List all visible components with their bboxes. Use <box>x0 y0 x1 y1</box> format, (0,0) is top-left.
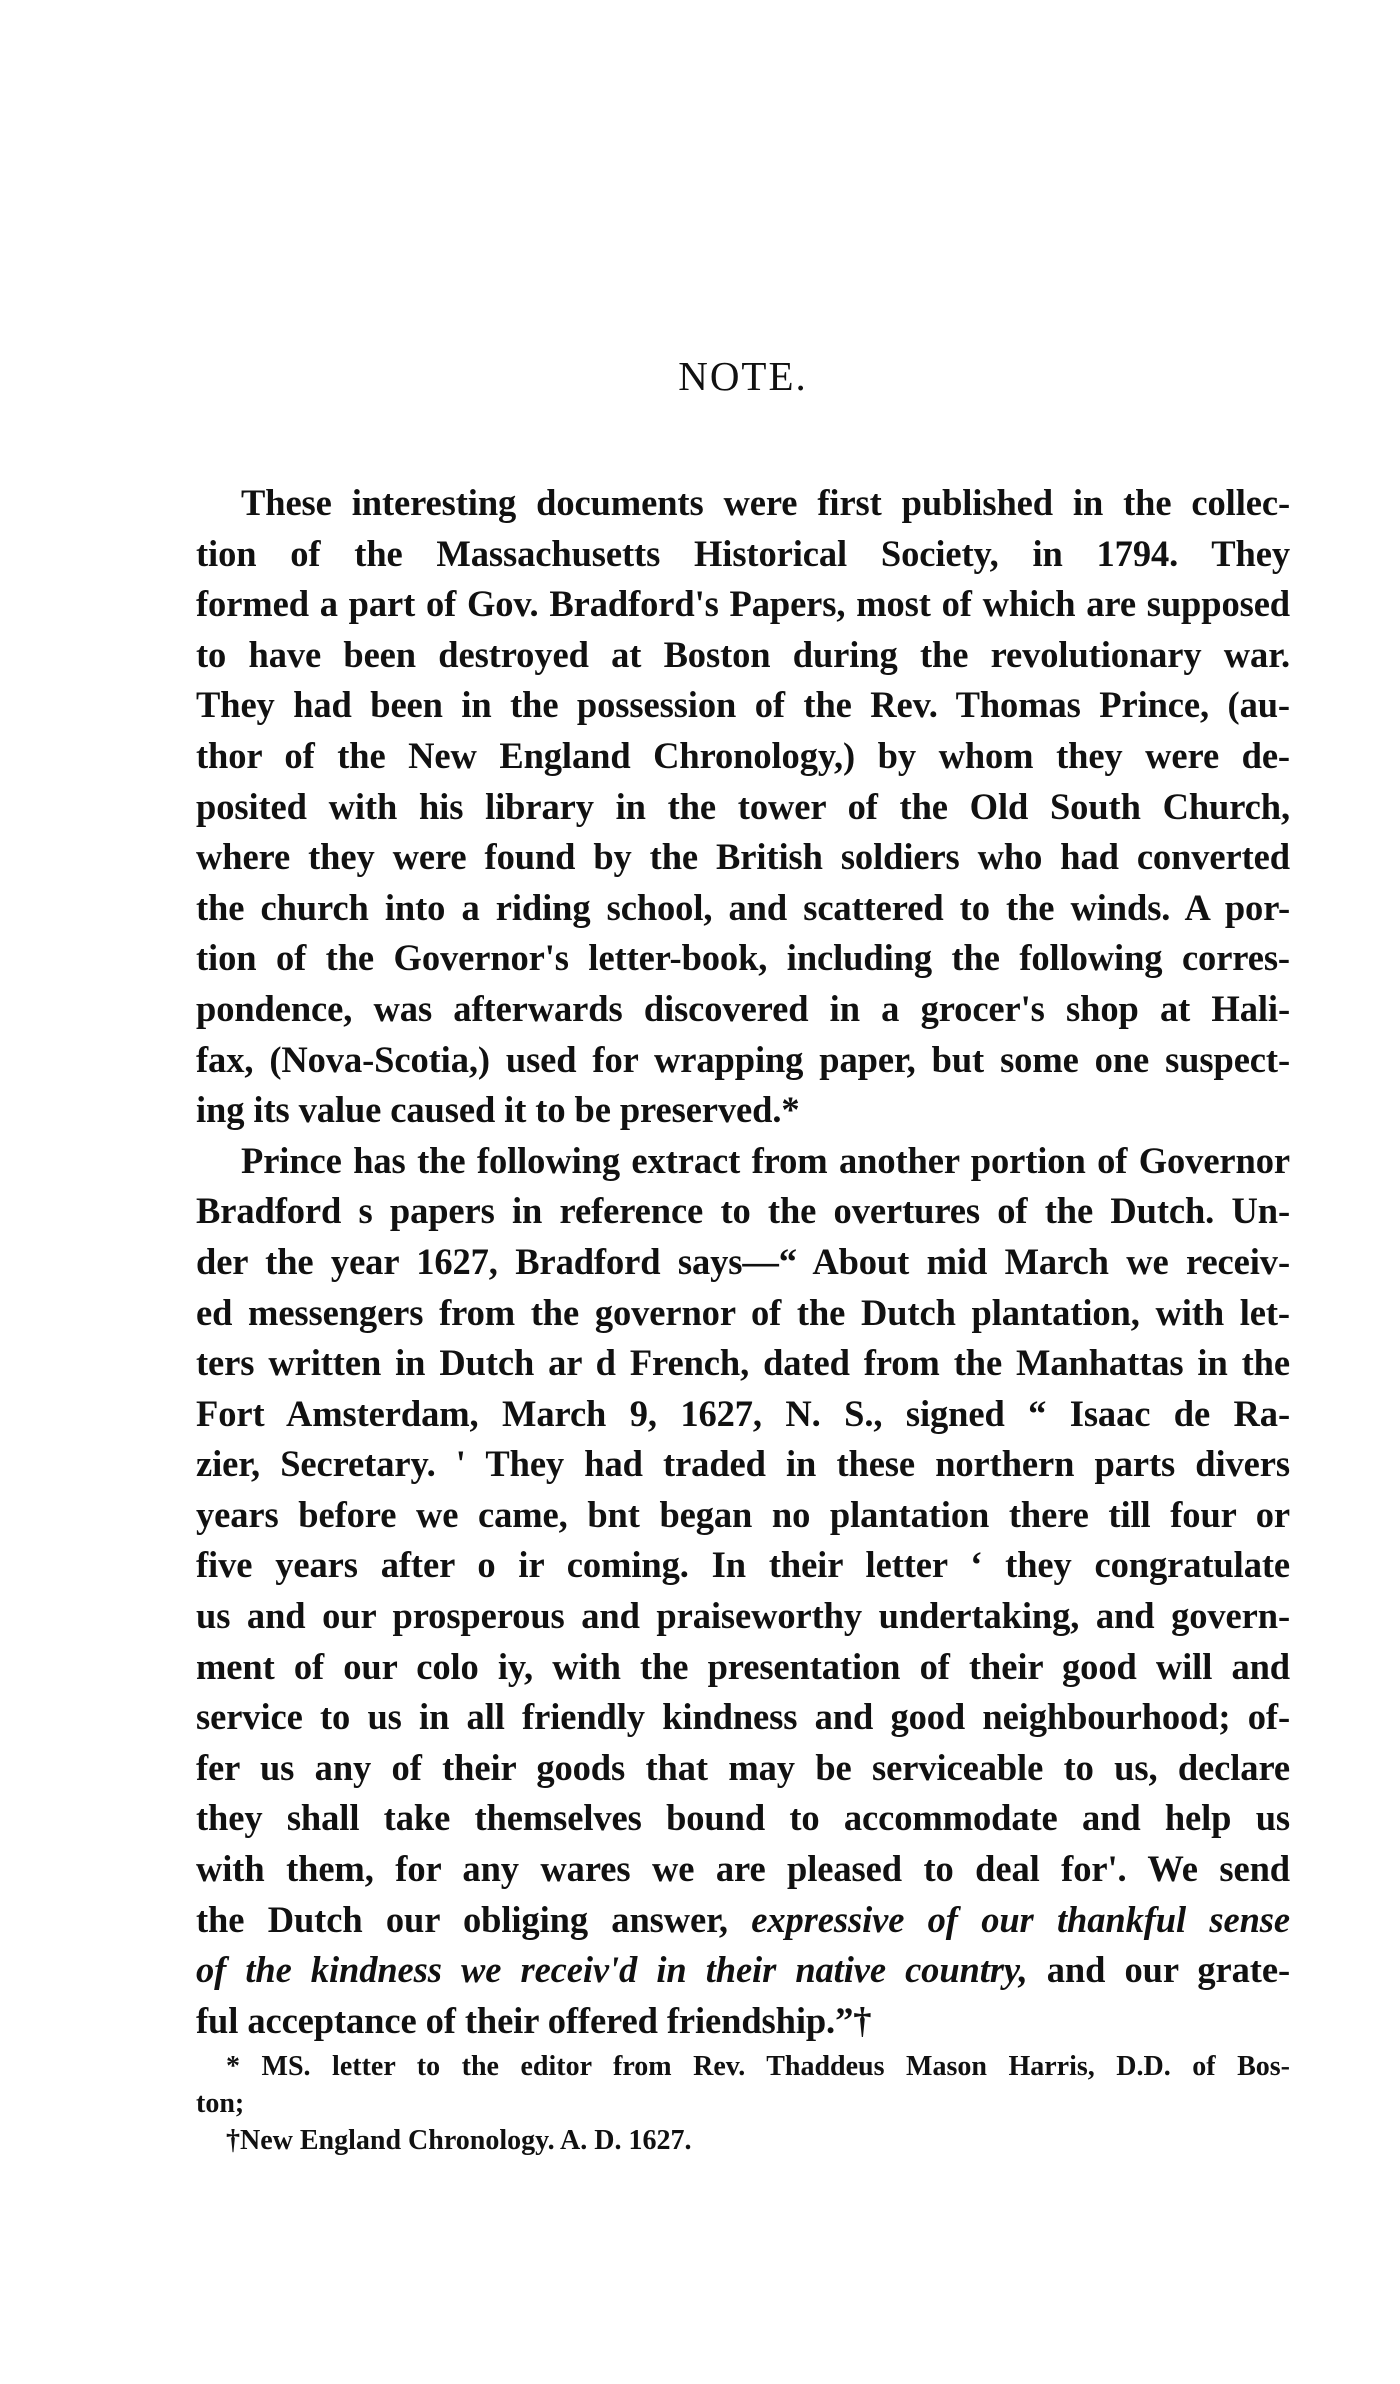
text-line: posited with his library in the tower of… <box>196 782 1290 833</box>
text-line: where they were found by the British sol… <box>196 832 1290 883</box>
text-line: Prince has the following extract from an… <box>196 1136 1290 1187</box>
footnote-star: * MS. letter to the editor from Rev. Tha… <box>196 2048 1290 2085</box>
text-line: service to us in all friendly kindness a… <box>196 1692 1290 1743</box>
footnote-star-continued: ton; <box>196 2085 1290 2122</box>
text-line: ful acceptance of their offered friendsh… <box>196 1996 1290 2047</box>
text-line: der the year 1627, Bradford says—“ About… <box>196 1237 1290 1288</box>
italic-text: of the kindness we receiv'd in their nat… <box>196 1949 1028 1990</box>
text-line: tion of the Governor's letter-book, incl… <box>196 933 1290 984</box>
text-line: the church into a riding school, and sca… <box>196 883 1290 934</box>
text-line: ing its value caused it to be preserved.… <box>196 1085 1290 1136</box>
text-line: ed messengers from the governor of the D… <box>196 1288 1290 1339</box>
text-line: These interesting documents were first p… <box>196 478 1290 529</box>
text-line: with them, for any wares we are pleased … <box>196 1844 1290 1895</box>
text-line-mixed: the Dutch our obliging answer, expressiv… <box>196 1895 1290 1946</box>
roman-text: the Dutch our obliging answer, <box>196 1899 751 1940</box>
text-line: ment of our colo iy, with the presentati… <box>196 1642 1290 1693</box>
text-line: Bradford s papers in reference to the ov… <box>196 1186 1290 1237</box>
text-line: They had been in the possession of the R… <box>196 680 1290 731</box>
page-title: NOTE. <box>196 352 1290 400</box>
italic-text: expressive of our thankful sense <box>751 1899 1290 1940</box>
note-body: These interesting documents were first p… <box>196 478 1290 2046</box>
text-line: they shall take themselves bound to acco… <box>196 1793 1290 1844</box>
paragraph-2: Prince has the following extract from an… <box>196 1136 1290 2047</box>
text-line: Fort Amsterdam, March 9, 1627, N. S., si… <box>196 1389 1290 1440</box>
footnotes: * MS. letter to the editor from Rev. Tha… <box>196 2048 1290 2159</box>
text-line-mixed: of the kindness we receiv'd in their nat… <box>196 1945 1290 1996</box>
text-line: pondence, was afterwards discovered in a… <box>196 984 1290 1035</box>
document-page: NOTE. These interesting documents were f… <box>0 0 1400 2384</box>
text-line: thor of the New England Chronology,) by … <box>196 731 1290 782</box>
roman-text: and our grate- <box>1028 1949 1290 1990</box>
text-line: years before we came, bnt began no plant… <box>196 1490 1290 1541</box>
footnote-dagger: †New England Chronology. A. D. 1627. <box>196 2122 1290 2159</box>
paragraph-1: These interesting documents were first p… <box>196 478 1290 1136</box>
text-line: fer us any of their goods that may be se… <box>196 1743 1290 1794</box>
text-line: zier, Secretary. ' They had traded in th… <box>196 1439 1290 1490</box>
text-line: five years after o ir coming. In their l… <box>196 1540 1290 1591</box>
text-line: fax, (Nova-Scotia,) used for wrapping pa… <box>196 1035 1290 1086</box>
text-line: to have been destroyed at Boston during … <box>196 630 1290 681</box>
text-line: formed a part of Gov. Bradford's Papers,… <box>196 579 1290 630</box>
text-line: ters written in Dutch ar d French, dated… <box>196 1338 1290 1389</box>
text-line: us and our prosperous and praiseworthy u… <box>196 1591 1290 1642</box>
text-line: tion of the Massachusetts Historical Soc… <box>196 529 1290 580</box>
